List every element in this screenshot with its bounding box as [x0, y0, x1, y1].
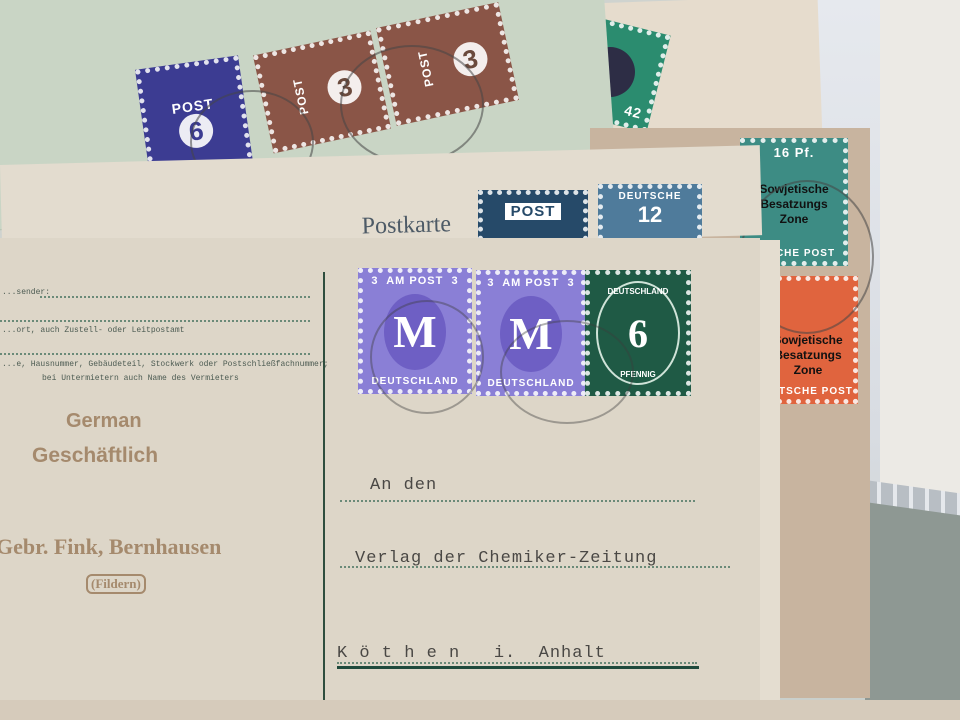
white-card [880, 0, 960, 500]
bottom-card-edge [0, 700, 960, 720]
stamp-label: DEUTSCHLAND [608, 287, 669, 296]
form-label-address: ...e, Hausnummer, Gebäudeteil, Stockwerk… [2, 360, 328, 369]
divider-line [323, 272, 325, 720]
stamp-label: DEUTSCHE [618, 191, 681, 202]
postmark [340, 45, 484, 164]
address-line-1: An den [370, 476, 437, 495]
postmark [370, 300, 484, 414]
overprint: Sowjetische Besatzungs Zone [773, 333, 842, 378]
stamp-label: POST [505, 203, 562, 220]
address-line-3: K ö t h e n i. Anhalt [337, 644, 606, 663]
stamp-value-right: 42 [623, 102, 644, 122]
form-label-subtenant: bei Untermietern auch Name des Vermieter… [42, 374, 239, 383]
form-label-postamt: ...ort, auch Zustell- oder Leitpostamt [2, 326, 184, 335]
sender-stamp-location: (Fildern) [86, 574, 146, 594]
stamp-value: 6 [628, 310, 648, 357]
postkarte-title: Postkarte [361, 211, 451, 240]
handstamp-german: German [66, 410, 142, 433]
dark-background [865, 500, 960, 700]
underline [337, 666, 699, 669]
stamp-label: 3 AM POST 3 [487, 277, 574, 289]
stamp-value: 12 [638, 202, 662, 228]
handstamp-geschaeftlich: Geschäftlich [32, 444, 158, 468]
postmark [500, 320, 634, 424]
sender-stamp: Gebr. Fink, Bernhausen [0, 534, 221, 560]
stamp-label: 3 AM POST 3 [371, 275, 458, 287]
